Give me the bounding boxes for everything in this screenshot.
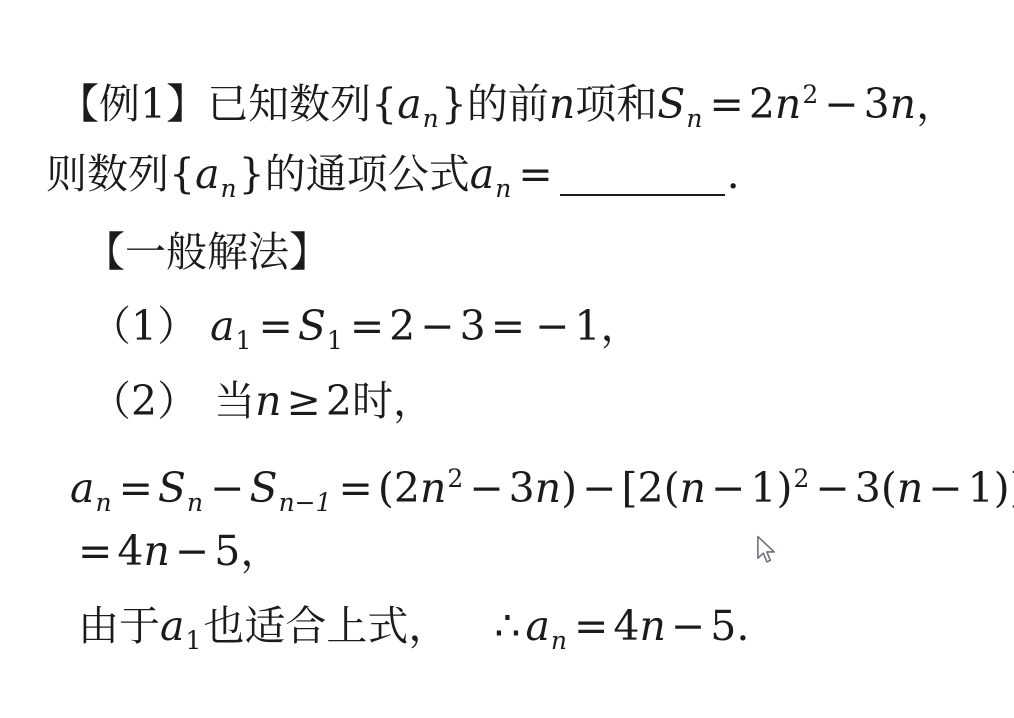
text-segment: (2 xyxy=(378,464,420,512)
text-segment: − xyxy=(810,464,854,512)
text-segment: 1 xyxy=(185,626,201,655)
text-segment: − xyxy=(205,464,249,512)
text-segment: [2( xyxy=(622,464,680,512)
conclusion-line: 由于a1也适合上式，∴an=4n−5. xyxy=(78,603,749,649)
text-segment: 5 xyxy=(214,527,240,575)
step-1-line: （1）a1=S1=2−3=−1， xyxy=(90,303,642,349)
problem-line-1: 【例1】已知数列{an}的前n项和Sn=2n2−3n， xyxy=(58,72,957,118)
text-segment: ， xyxy=(240,527,281,575)
text-segment: n xyxy=(221,174,237,203)
text-segment: 的前 xyxy=(467,80,549,128)
text-segment: − xyxy=(819,80,863,128)
text-segment: n xyxy=(423,104,439,133)
text-segment: − xyxy=(170,527,214,575)
text-segment: 【例1】已知数列 xyxy=(58,80,371,128)
text-segment: = xyxy=(114,464,158,512)
text-segment: a xyxy=(210,302,234,350)
text-segment: . xyxy=(736,602,749,650)
text-segment: = xyxy=(704,80,748,128)
text-segment: n xyxy=(686,104,702,133)
text-segment: S xyxy=(158,464,186,512)
text-segment: ∴ xyxy=(489,602,525,650)
text-segment: − xyxy=(530,302,574,350)
slide-page: 【例1】已知数列{an}的前n项和Sn=2n2−3n， 则数列{an}的通项公式… xyxy=(0,0,1014,718)
text-segment: ) xyxy=(561,464,577,512)
text-segment: 1 xyxy=(574,302,600,350)
text-segment: 1)] xyxy=(968,464,1014,512)
text-segment: 3 xyxy=(509,464,535,512)
text-segment: n xyxy=(680,464,706,512)
text-segment: 2 xyxy=(749,80,775,128)
text-segment: a xyxy=(525,602,549,650)
text-segment: 2 xyxy=(447,464,463,493)
text-segment: = xyxy=(334,464,378,512)
text-segment: ≥ xyxy=(282,377,326,425)
text-segment: = xyxy=(253,302,297,350)
text-segment: n xyxy=(639,602,665,650)
text-segment: n xyxy=(255,377,281,425)
text-segment: 项和 xyxy=(575,80,657,128)
text-segment: 2 xyxy=(793,464,809,493)
text-segment: ， xyxy=(601,302,642,350)
mouse-cursor-icon xyxy=(756,535,775,564)
text-segment: （2） xyxy=(90,377,198,425)
text-segment: 4 xyxy=(117,527,143,575)
text-segment: 4 xyxy=(613,602,639,650)
step-2-line: （2）当n≥2时， xyxy=(90,378,434,424)
text-segment: a xyxy=(470,150,494,198)
text-segment: n xyxy=(95,488,111,517)
text-segment: n xyxy=(890,80,916,128)
text-segment: = xyxy=(513,150,557,198)
text-segment: 时， xyxy=(352,377,434,425)
text-segment: n xyxy=(143,527,169,575)
text-segment: 3 xyxy=(864,80,890,128)
text-segment: − xyxy=(706,464,750,512)
text-segment: a xyxy=(70,464,94,512)
text-segment: 3 xyxy=(460,302,486,350)
text-segment: a xyxy=(195,150,219,198)
text-segment: n−1 xyxy=(279,488,332,517)
text-segment: 3( xyxy=(855,464,897,512)
text-segment: } xyxy=(441,80,467,128)
text-segment: 1 xyxy=(236,326,252,355)
text-segment: 由于 xyxy=(78,602,160,650)
text-segment: a xyxy=(160,602,184,650)
text-segment: n xyxy=(551,626,567,655)
text-segment: = xyxy=(569,602,613,650)
problem-line-2: 则数列{an}的通项公式an=. xyxy=(46,151,740,197)
text-segment: = xyxy=(486,302,530,350)
text-segment: （1） xyxy=(90,302,198,350)
text-segment: 2 xyxy=(802,80,818,109)
text-segment: n xyxy=(897,464,923,512)
cursor-arrow xyxy=(758,537,774,562)
text-segment: 的通项公式 xyxy=(265,150,470,198)
text-segment: 则数列 xyxy=(46,150,169,198)
text-segment: 当 xyxy=(214,377,255,425)
text-segment: S xyxy=(249,464,277,512)
text-segment: { xyxy=(371,80,397,128)
text-segment: n xyxy=(187,488,203,517)
text-segment: 1) xyxy=(750,464,792,512)
text-segment: 5 xyxy=(710,602,736,650)
text-segment: 2 xyxy=(326,377,352,425)
text-segment: n xyxy=(495,174,511,203)
text-segment: a xyxy=(397,80,421,128)
text-segment: n xyxy=(775,80,801,128)
text-segment: S xyxy=(657,80,685,128)
text-segment: = xyxy=(345,302,389,350)
text-segment: n xyxy=(535,464,561,512)
text-segment: − xyxy=(577,464,621,512)
text-segment: 1 xyxy=(327,326,343,355)
method-heading: 【一般解法】 xyxy=(84,229,330,275)
text-segment: 2 xyxy=(389,302,415,350)
text-segment: − xyxy=(415,302,459,350)
text-segment: ， xyxy=(916,80,957,128)
text-segment: 【一般解法】 xyxy=(84,228,330,276)
text-segment: − xyxy=(923,464,967,512)
result-line: =4n−5， xyxy=(73,528,281,574)
derivation-line: an=Sn−Sn−1=(2n2−3n)−[2(n−1)2−3(n−1)] xyxy=(70,456,1014,502)
text-segment: n xyxy=(420,464,446,512)
text-segment: { xyxy=(169,150,195,198)
text-segment: } xyxy=(239,150,265,198)
text-segment: S xyxy=(298,302,326,350)
answer-blank xyxy=(560,164,725,196)
text-segment: 也适合上式， xyxy=(203,602,449,650)
text-segment: n xyxy=(549,80,575,128)
text-segment: − xyxy=(464,464,508,512)
text-segment: − xyxy=(666,602,710,650)
text-segment: = xyxy=(73,527,117,575)
text-segment: . xyxy=(727,150,740,198)
